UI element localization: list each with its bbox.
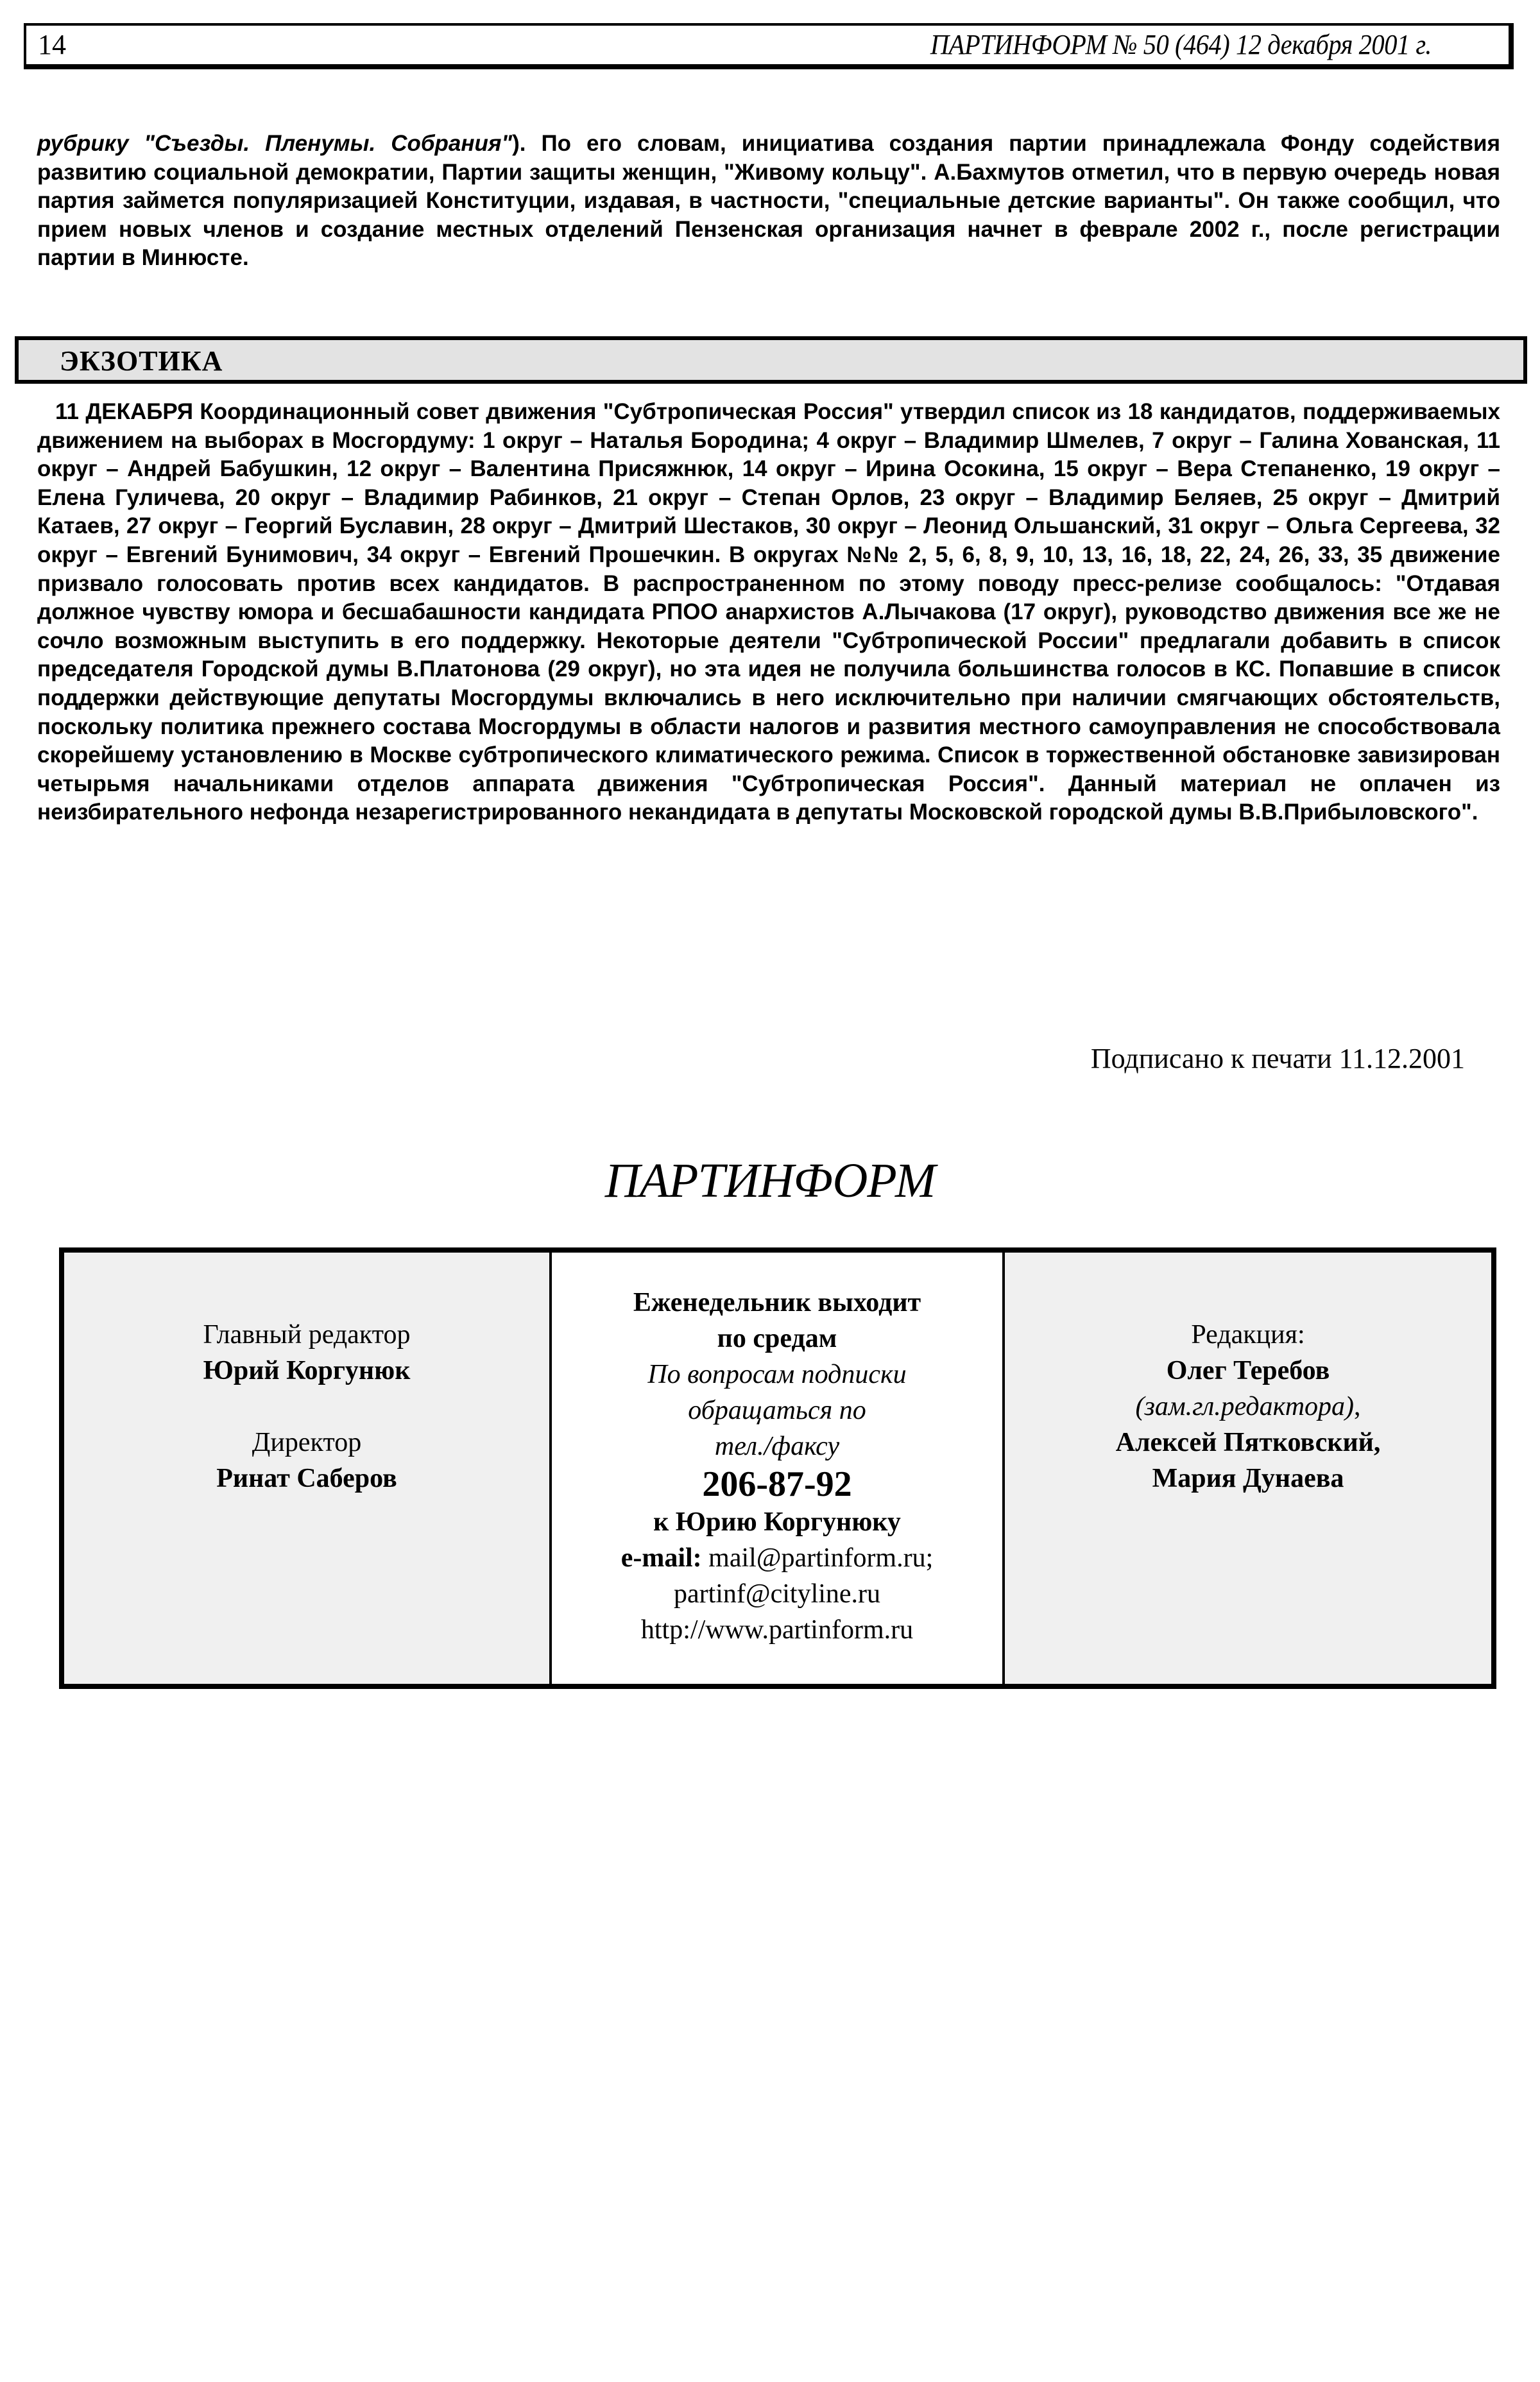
staff-role-comma: , <box>1354 1392 1361 1421</box>
phone-number: 206-87-92 <box>552 1464 1002 1504</box>
editor-name: Юрий Коргунюк <box>64 1353 549 1389</box>
staff-label: Редакция: <box>1005 1317 1491 1353</box>
section-title: ЭКЗОТИКА <box>60 345 223 377</box>
contact-person: к Юрию Коргунюку <box>552 1504 1002 1540</box>
subscribe-line-2: обращаться по <box>552 1392 1002 1428</box>
signed-to-print: Подписано к печати 11.12.2001 <box>1091 1043 1465 1075</box>
credits-staff-cell: Редакция: Олег Теребов (зам.гл.редактора… <box>1005 1253 1491 1684</box>
credits-contact-cell: Еженедельник выходит по средам По вопрос… <box>552 1253 1005 1684</box>
website-link[interactable]: http://www.partinform.ru <box>552 1612 1002 1648</box>
subscribe-line-3: тел./факсу <box>552 1428 1002 1464</box>
page-number: 14 <box>38 30 66 60</box>
article-date: 11 ДЕКАБРЯ <box>37 399 193 424</box>
masthead-title: ПАРТИНФОРМ <box>0 1152 1540 1210</box>
email-primary[interactable]: mail@partinform.ru; <box>702 1543 934 1573</box>
issue-title: ПАРТИНФОРМ № 50 (464) 12 декабря 2001 г. <box>930 30 1432 60</box>
article-paragraph: 11 ДЕКАБРЯ Координационный совет движени… <box>37 398 1500 827</box>
spacer <box>64 1389 549 1425</box>
credits-leadership-cell: Главный редактор Юрий Коргунюк Директор … <box>64 1253 552 1684</box>
subscribe-line-1: По вопросам подписки <box>552 1357 1002 1392</box>
email-secondary[interactable]: partinf@cityline.ru <box>552 1576 1002 1612</box>
editor-role: Главный редактор <box>64 1317 549 1353</box>
staff-role-line: (зам.гл.редактора), <box>1005 1389 1491 1425</box>
director-name: Ринат Саберов <box>64 1461 549 1496</box>
staff-name-1: Олег Теребов <box>1005 1353 1491 1389</box>
rubric-reference: рубрику "Съезды. Пленумы. Собрания" <box>37 131 512 156</box>
director-role: Директор <box>64 1425 549 1461</box>
staff-name-2: Алексей Пятковский, <box>1005 1425 1491 1461</box>
running-header: 14 ПАРТИНФОРМ № 50 (464) 12 декабря 2001… <box>24 23 1514 69</box>
email-line: e-mail: mail@partinform.ru; <box>552 1540 1002 1576</box>
email-label: e-mail: <box>621 1543 702 1573</box>
section-header: ЭКЗОТИКА <box>15 336 1527 384</box>
intro-paragraph: рубрику "Съезды. Пленумы. Собрания"). По… <box>37 130 1500 273</box>
staff-role-1: (зам.гл.редактора) <box>1135 1392 1354 1421</box>
article-text: Координационный совет движения "Субтропи… <box>37 399 1500 825</box>
staff-name-3: Мария Дунаева <box>1005 1461 1491 1496</box>
schedule-line-1: Еженедельник выходит <box>552 1285 1002 1321</box>
schedule-line-2: по средам <box>552 1321 1002 1357</box>
credits-table: Главный редактор Юрий Коргунюк Директор … <box>59 1247 1496 1689</box>
